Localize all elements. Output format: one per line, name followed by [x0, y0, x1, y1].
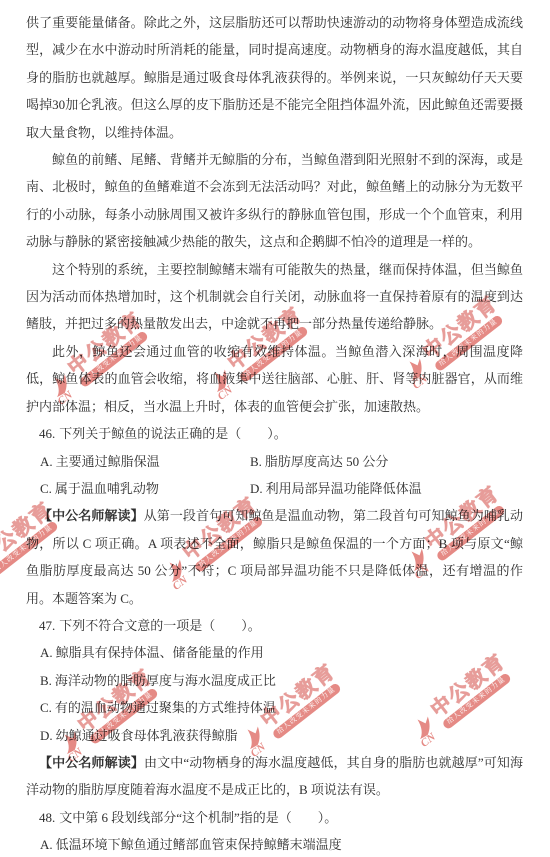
question-47-analysis: 【中公名师解读】由文中“动物栖身的海水温度越低，其自身的脂肪也就越厚”可知海洋动…: [26, 749, 523, 804]
question-48-option-a: A.低温环境下鲸鱼通过鳍部血管束保持鲸鳍末端温度: [26, 831, 523, 857]
question-46-stem: 46.下列关于鲸鱼的说法正确的是（ ）。: [26, 420, 523, 447]
passage-paragraph-3: 这个特别的系统，主要控制鲸鳍末端有可能散失的热量，继而保持体温，但当鲸鱼因为活动…: [26, 256, 523, 338]
question-47-stem: 47.下列不符合文意的一项是（ ）。: [26, 612, 523, 639]
analysis-tag: 【中公名师解读】: [39, 755, 144, 770]
question-46-analysis: 【中公名师解读】从第一段首句可知鲸鱼是温血动物，第二段首句可知鲸鱼为哺乳动物，所…: [26, 502, 523, 612]
question-46-option-c: C.属于温血哺乳动物: [40, 475, 250, 502]
passage-paragraph-1: 供了重要能量储备。除此之外，这层脂肪还可以帮助快速游动的动物将身体塑造成流线型，…: [26, 9, 523, 146]
question-46-text: 下列关于鲸鱼的说法正确的是（ ）。: [59, 426, 287, 441]
question-47-option-a: A.鲸脂具有保持体温、储备能量的作用: [26, 639, 523, 666]
question-46-number: 46.: [39, 426, 55, 441]
question-47-option-d: D.幼鲸通过吸食母体乳液获得鲸脂: [26, 722, 523, 749]
question-48-text: 文中第 6 段划线部分“这个机制”指的是（ ）。: [59, 810, 337, 825]
question-48-stem: 48.文中第 6 段划线部分“这个机制”指的是（ ）。: [26, 804, 523, 831]
question-47-option-b: B.海洋动物的脂肪厚度与海水温度成正比: [26, 667, 523, 694]
passage-paragraph-2: 鲸鱼的前鳍、尾鳍、背鳍并无鲸脂的分布，当鲸鱼潜到阳光照射不到的深海，或是南、北极…: [26, 146, 523, 256]
document-page: 供了重要能量储备。除此之外，这层脂肪还可以帮助快速游动的动物将身体塑造成流线型，…: [0, 0, 550, 857]
analysis-tag: 【中公名师解读】: [39, 508, 144, 523]
question-46-options: A.主要通过鲸脂保温 B.脂肪厚度高达 50 公分 C.属于温血哺乳动物 D.利…: [26, 448, 523, 503]
question-46-option-a: A.主要通过鲸脂保温: [40, 448, 250, 475]
question-47-number: 47.: [39, 618, 55, 633]
question-46-option-d: D.利用局部异温功能降低体温: [250, 475, 520, 502]
question-47-option-c: C.有的温血动物通过聚集的方式维持体温: [26, 694, 523, 721]
question-46-option-b: B.脂肪厚度高达 50 公分: [250, 448, 520, 475]
question-47-text: 下列不符合文意的一项是（ ）。: [59, 618, 261, 633]
document-text-flow: 供了重要能量储备。除此之外，这层脂肪还可以帮助快速游动的动物将身体塑造成流线型，…: [0, 0, 550, 857]
question-48-number: 48.: [39, 810, 55, 825]
passage-paragraph-4: 此外，鲸鱼还会通过血管的收缩有效维持体温。当鲸鱼潜入深海时，周围温度降低，鲸鱼体…: [26, 338, 523, 420]
